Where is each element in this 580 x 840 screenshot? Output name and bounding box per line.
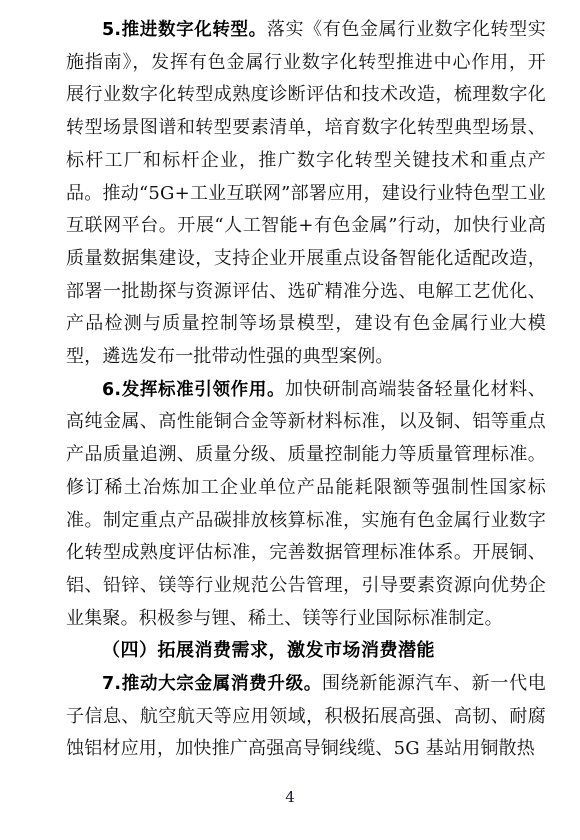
- page-number: 4: [0, 788, 580, 806]
- paragraph-7-lead: 7.推动大宗金属消费升级。: [102, 674, 322, 694]
- paragraph-5-body: 落实《有色金属行业数字化转型实施指南》，发挥有色金属行业数字化转型推进中心作用，…: [66, 19, 546, 367]
- paragraph-7: 7.推动大宗金属消费升级。围绕新能源汽车、新一代电子信息、航空航天等应用领域，积…: [66, 668, 546, 766]
- document-page: 5.推进数字化转型。落实《有色金属行业数字化转型实施指南》，发挥有色金属行业数字…: [0, 0, 580, 840]
- paragraph-5: 5.推进数字化转型。落实《有色金属行业数字化转型实施指南》，发挥有色金属行业数字…: [66, 14, 546, 374]
- paragraph-5-lead: 5.推进数字化转型。: [102, 20, 267, 40]
- paragraph-6: 6.发挥标准引领作用。加快研制高端装备轻量化材料、高纯金属、高性能铜合金等新材料…: [66, 374, 546, 636]
- paragraph-6-lead: 6.发挥标准引领作用。: [102, 380, 285, 400]
- paragraph-6-body: 加快研制高端装备轻量化材料、高纯金属、高性能铜合金等新材料标准，以及铜、铝等重点…: [66, 379, 546, 629]
- section-4-heading: （四）拓展消费需求，激发市场消费潜能: [66, 635, 546, 668]
